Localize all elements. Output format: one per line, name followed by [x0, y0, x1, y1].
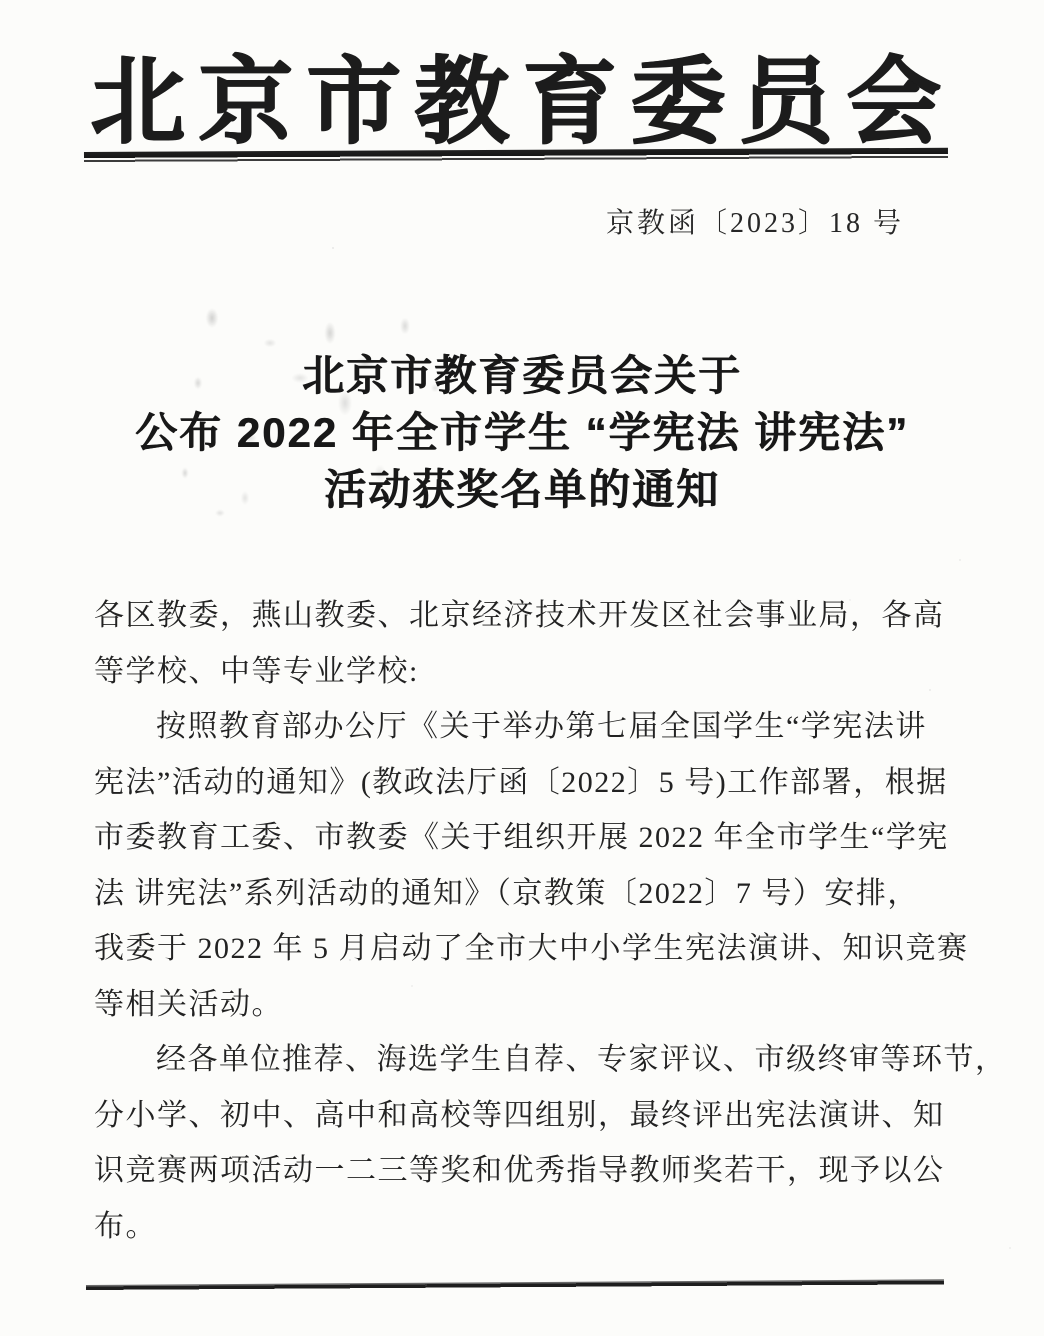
- body-line-paragraph-1: 按照教育部办公厅《关于举办第七届全国学生“学宪法讲: [94, 699, 946, 755]
- scanned-document-page: 北京市教育委员会 京教函〔2023〕18 号 北京市教育委员会关于 公布 202…: [0, 0, 1044, 1336]
- issuing-org-header: 北京市教育委员会: [0, 26, 1044, 162]
- body-line-paragraph-2: 布。: [94, 1199, 946, 1255]
- body-line-paragraph-1: 我委于 2022 年 5 月启动了全市大中小学生宪法演讲、知识竞赛: [94, 921, 946, 977]
- body-line-paragraph-1: 市委教育工委、市教委《关于组织开展 2022 年全市学生“学宪: [94, 810, 946, 866]
- body-line-salutation: 等学校、中等专业学校:: [94, 644, 946, 700]
- body-line-paragraph-1: 法 讲宪法”系列活动的通知》（京教策〔2022〕7 号）安排，: [94, 866, 946, 922]
- body-line-paragraph-2: 经各单位推荐、海选学生自荐、专家评议、市级终审等环节，: [94, 1032, 946, 1088]
- body-line-salutation: 各区教委，燕山教委、北京经济技术开发区社会事业局，各高: [94, 588, 946, 644]
- body-line-paragraph-1: 宪法”活动的通知》(教政法厅函〔2022〕5 号)工作部署，根据: [94, 755, 946, 811]
- footer-divider-rule: [86, 1279, 944, 1291]
- document-title: 北京市教育委员会关于 公布 2022 年全市学生 “学宪法 讲宪法” 活动获奖名…: [0, 347, 1044, 518]
- title-line-1: 北京市教育委员会关于: [0, 347, 1044, 404]
- document-body: 各区教委，燕山教委、北京经济技术开发区社会事业局，各高 等学校、中等专业学校: …: [94, 588, 946, 1254]
- body-line-paragraph-2: 识竞赛两项活动一二三等奖和优秀指导教师奖若干，现予以公: [94, 1143, 946, 1199]
- document-reference-number: 京教函〔2023〕18 号: [606, 201, 904, 241]
- title-line-2: 公布 2022 年全市学生 “学宪法 讲宪法”: [0, 404, 1044, 461]
- body-line-paragraph-2: 分小学、初中、高中和高校等四组别，最终评出宪法演讲、知: [94, 1088, 946, 1144]
- title-line-3: 活动获奖名单的通知: [0, 461, 1044, 518]
- body-line-paragraph-1: 等相关活动。: [94, 977, 946, 1033]
